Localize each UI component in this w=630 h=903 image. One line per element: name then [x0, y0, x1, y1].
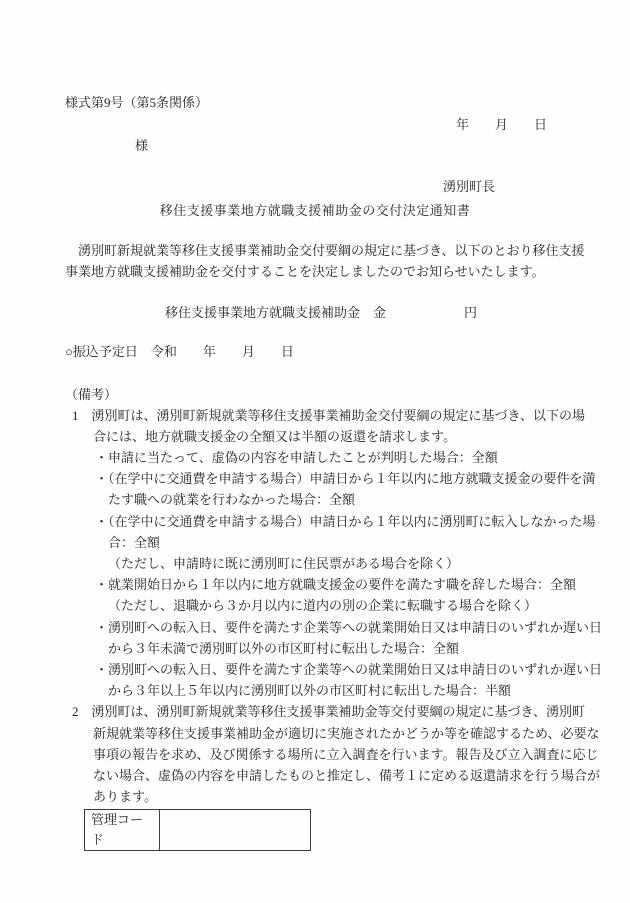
memo-item-1-line-1: 1 湧別町は、湧別町新規就業等移住支援事業補助金交付要綱の規定に基づき、以下の場 — [65, 405, 565, 426]
memo-bullet-3-line-1: ・（在学中に交通費を申請する場合）申請日から１年以内に湧別町に転入しなかった場 — [65, 511, 565, 532]
admin-code-value-cell — [160, 810, 311, 851]
document-page: 様式第9号（第5条関係） 年 月 日 様 湧別町長 移住支援事業地方就職支援補助… — [0, 0, 630, 903]
memo-bullet-5-line-1: ・湧別町への転入日、要件を満たす企業等への就業開始日又は申請日のいずれか遅い日 — [65, 617, 565, 638]
memo-bullet-4: ・就業開始日から１年以内に地方就職支援金の要件を満たす職を辞した場合：全額 — [65, 574, 565, 595]
memo-bullet-6-line-1: ・湧別町への転入日、要件を満たす企業等への就業開始日又は申請日のいずれか遅い日 — [65, 659, 565, 680]
memo-item-2-line-1: 2 湧別町は、湧別町新規就業等移住支援事業補助金等交付要綱の規定に基づき、湧別町 — [65, 701, 565, 722]
memo-bullet-5-line-2: から３年未満で湧別町以外の市区町村に転出した場合：全額 — [65, 638, 565, 659]
memo-item-2-line-2: 新規就業等移住支援事業補助金が適切に実施されたかどうか等を確認するため、必要な — [65, 723, 565, 744]
memo-bullet-6-line-2: から３年以上５年以内に湧別町以外の市区町村に転出した場合：半額 — [65, 680, 565, 701]
admin-code-row: 管理コード — [85, 810, 311, 851]
memo-item-1-line-2: 合には、地方就職支援金の全額又は半額の返還を請求します。 — [65, 426, 565, 447]
subsidy-amount-line: 移住支援事業地方就職支援補助金 金 円 — [65, 302, 565, 324]
memo-item-2-line-3: 事項の報告を求め、及び関係する場所に立入調査を行います。報告及び立入調査に応じ — [65, 744, 565, 765]
body-paragraph-line-1: 湧別町新規就業等移住支援事業補助金交付要綱の規定に基づき、以下のとおり移住支援 — [65, 240, 565, 262]
memo-bullet-4-note: （ただし、退職から３か月以内に道内の別の企業に転職する場合を除く） — [65, 595, 565, 616]
memo-item-2-line-4: ない場合、虚偽の内容を申請したものと推定し、備考１に定める返還請求を行う場合が — [65, 765, 565, 786]
date-line: 年 月 日 — [65, 114, 565, 136]
memo-bullet-1: ・申請に当たって、虚偽の内容を申請したことが判明した場合：全額 — [65, 447, 565, 468]
memo-heading: （備考） — [65, 384, 565, 405]
addressee-line: 様 — [65, 135, 565, 157]
memo-bullet-3-note: （ただし、申請時に既に湧別町に住民票がある場合を除く） — [65, 553, 565, 574]
sender-line: 湧別町長 — [65, 176, 565, 198]
admin-code-label: 管理コード — [85, 810, 160, 851]
document-title: 移住支援事業地方就職支援補助金の交付決定通知書 — [65, 200, 565, 222]
admin-code-table: 管理コード — [84, 809, 311, 851]
form-number: 様式第9号（第5条関係） — [65, 92, 565, 114]
memo-bullet-2-line-1: ・（在学中に交通費を申請する場合）申請日から１年以内に地方就職支援金の要件を満 — [65, 468, 565, 489]
body-paragraph-line-2: 事業地方就職支援補助金を交付することを決定しましたのでお知らせいたします。 — [65, 261, 565, 283]
memo-bullet-2-line-2: たす職への就業を行わなかった場合：全額 — [65, 489, 565, 510]
memo-item-2-line-5: あります。 — [65, 786, 565, 807]
memo-bullet-3-line-2: 合：全額 — [65, 532, 565, 553]
transfer-date-line: ○振込予定日 令和 年 月 日 — [65, 341, 565, 363]
